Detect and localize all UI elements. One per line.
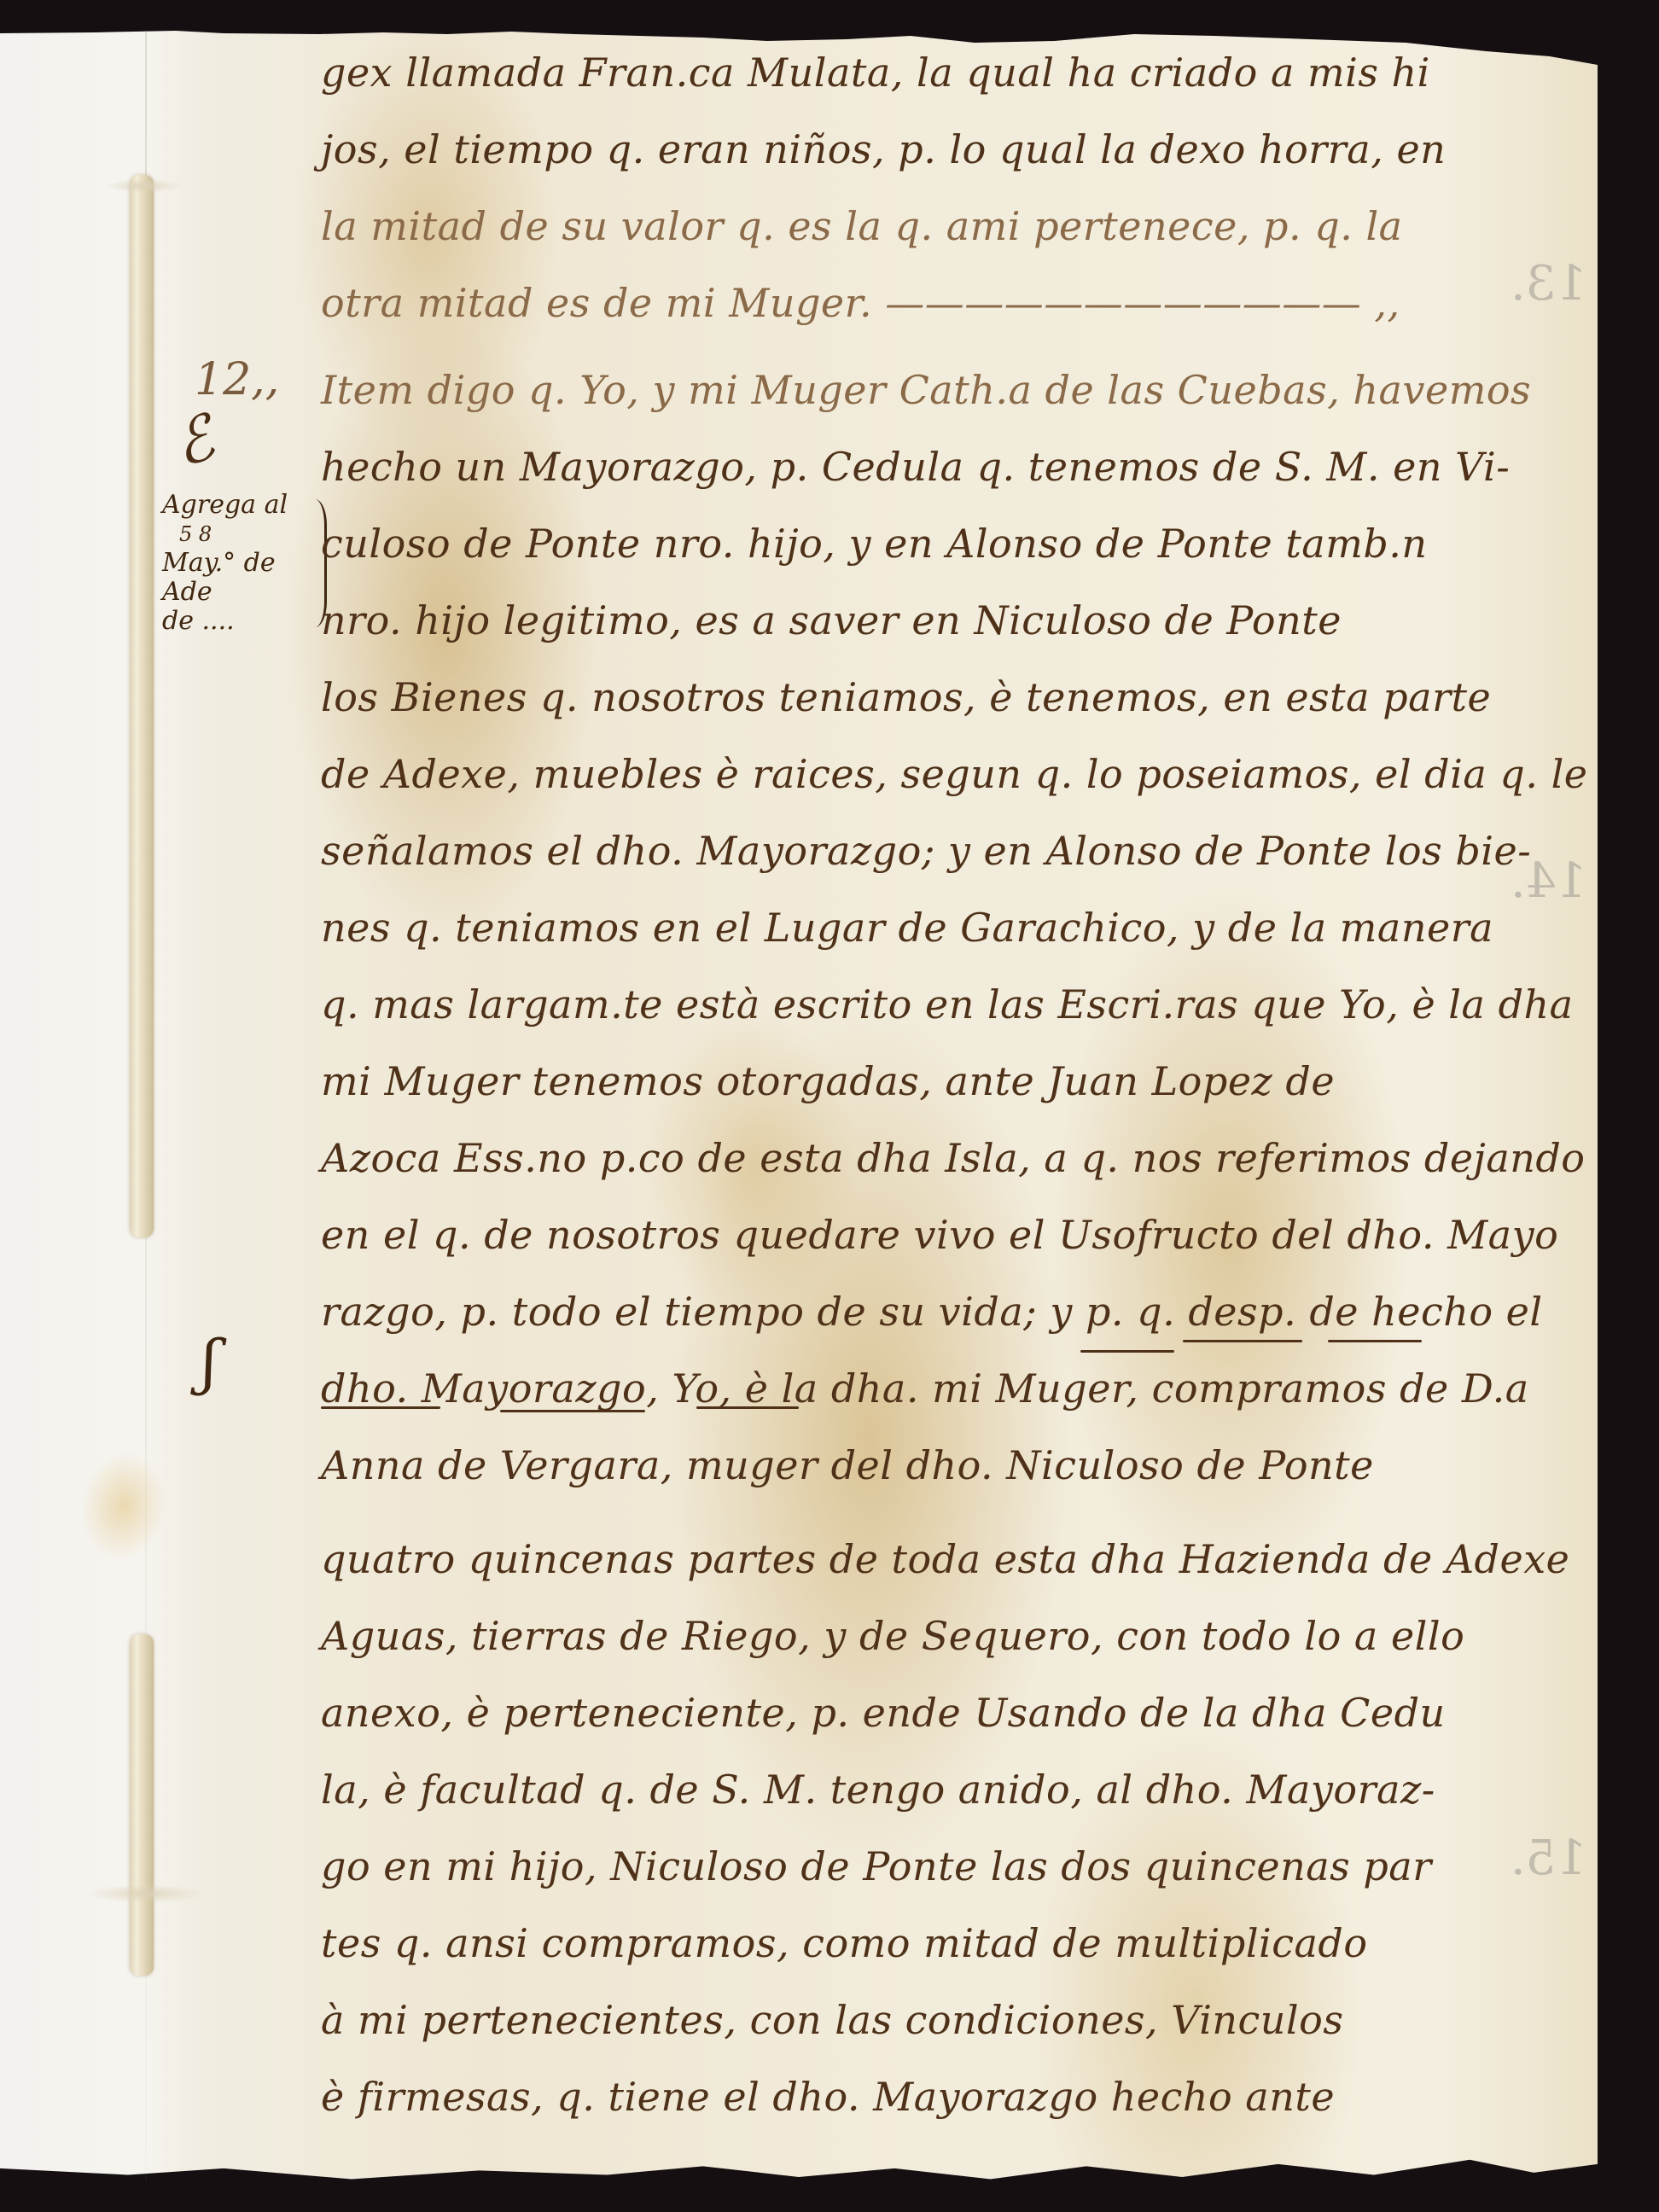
text-line-27: è firmesas, q. tiene el dho. Mayorazgo h… bbox=[321, 2074, 1335, 2120]
text-line-1: gex llamada Fran.ca Mulata, la qual ha c… bbox=[321, 49, 1430, 96]
text-line-23: la, è facultad q. de S. M. tengo anido, … bbox=[321, 1767, 1435, 1813]
text-line-7: culoso de Ponte nro. hijo, y en Alonso d… bbox=[321, 521, 1428, 567]
underline-rule bbox=[1328, 1340, 1422, 1342]
text-line-2: jos, el tiempo q. eran niños, p. lo qual… bbox=[321, 126, 1446, 172]
margin-item-number: 12,, bbox=[195, 354, 279, 405]
text-line-5: Item digo q. Yo, y mi Muger Cath.a de la… bbox=[321, 367, 1531, 413]
margin-mark: ʃ bbox=[201, 1327, 218, 1397]
bleed-through-folio-top: 13. bbox=[1511, 256, 1586, 311]
text-line-22: anexo, è perteneciente, p. ende Usando d… bbox=[321, 1690, 1446, 1736]
binding-knot-upper bbox=[106, 179, 183, 193]
text-line-9: los Bienes q. nosotros teniamos, è tenem… bbox=[321, 674, 1491, 720]
text-line-13: q. mas largam.te està escrito en las Esc… bbox=[321, 981, 1574, 1027]
underline-rule bbox=[1080, 1350, 1174, 1353]
underline-rule bbox=[696, 1406, 799, 1409]
text-line-11: señalamos el dho. Mayorazgo; y en Alonso… bbox=[321, 828, 1531, 874]
text-line-6: hecho un Mayorazgo, p. Cedula q. tenemos… bbox=[321, 444, 1510, 490]
text-line-16: en el q. de nosotros quedare vivo el Uso… bbox=[321, 1212, 1558, 1258]
bleed-through-folio-bottom: 15. bbox=[1511, 1831, 1586, 1886]
text-line-17: razgo, p. todo el tiempo de su vida; y p… bbox=[321, 1289, 1543, 1335]
text-line-25: tes q. ansi compramos, como mitad de mul… bbox=[321, 1920, 1368, 1966]
binding-knot-lower bbox=[85, 1884, 205, 1903]
text-line-19: Anna de Vergara, muger del dho. Niculoso… bbox=[321, 1442, 1374, 1488]
underline-rule bbox=[321, 1406, 440, 1409]
text-line-26: à mi pertenecientes, con las condiciones… bbox=[321, 1997, 1343, 2043]
text-line-24: go en mi hijo, Niculoso de Ponte las dos… bbox=[321, 1843, 1432, 1889]
text-line-20: quatro quincenas partes de toda esta dha… bbox=[321, 1536, 1569, 1582]
text-line-4: otra mitad es de mi Muger. ———————————— … bbox=[321, 280, 1400, 326]
binding-thread-upper bbox=[130, 175, 154, 1237]
underline-rule bbox=[1183, 1340, 1302, 1342]
text-line-3: la mitad de su valor q. es la q. ami per… bbox=[321, 203, 1403, 249]
manuscript-scan: 13. 14. 15. 12,, ℰ Agrega al 5 8 May.° d… bbox=[0, 0, 1659, 2212]
text-line-12: nes q. teniamos en el Lugar de Garachico… bbox=[321, 905, 1493, 951]
underline-rule bbox=[500, 1410, 645, 1412]
text-line-21: Aguas, tierras de Riego, y de Sequero, c… bbox=[321, 1613, 1464, 1659]
text-line-10: de Adexe, muebles è raices, segun q. lo … bbox=[321, 751, 1588, 797]
text-line-18: dho. Mayorazgo, Yo, è la dha. mi Muger, … bbox=[321, 1365, 1529, 1412]
text-line-8: nro. hijo legitimo, es a saver en Niculo… bbox=[321, 597, 1342, 643]
binding-thread-lower bbox=[130, 1634, 154, 1976]
text-line-14: mi Muger tenemos otorgadas, ante Juan Lo… bbox=[321, 1058, 1335, 1104]
text-line-15: Azoca Ess.no p.co de esta dha Isla, a q.… bbox=[321, 1135, 1586, 1181]
